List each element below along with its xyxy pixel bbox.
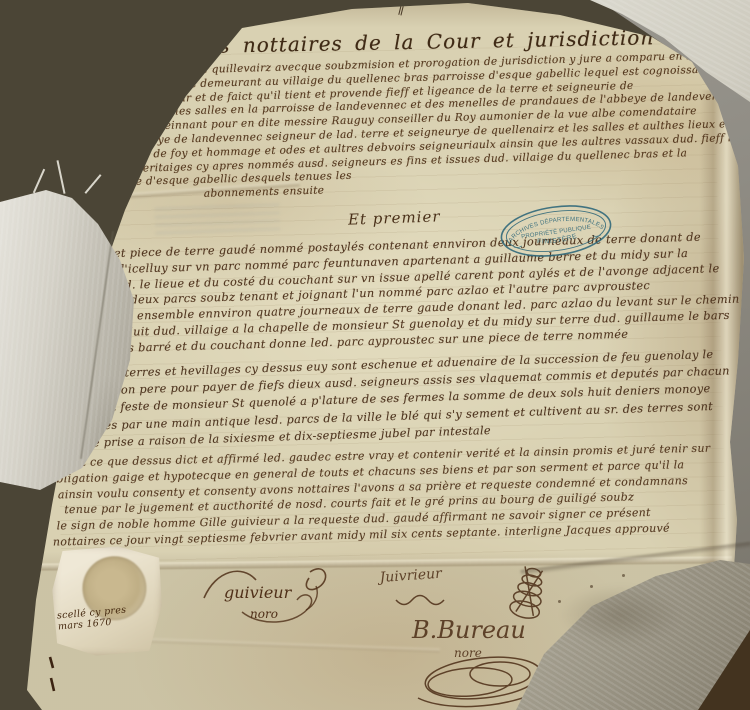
deed-paragraph-4: A out ce que dessus dict et affirmé led.… <box>55 441 712 551</box>
pen-mark-top: ∥ <box>396 2 405 18</box>
signature-right-name: B.Bureau <box>411 616 526 644</box>
ink-showthrough <box>155 204 281 238</box>
signature-right-prefix: Juivrieur <box>378 566 444 587</box>
seal-paper-patch: scellé cy pres mars 1670 <box>50 544 164 658</box>
loose-thread <box>56 160 65 194</box>
loose-thread <box>85 174 102 194</box>
seal-date-note: scellé cy pres mars 1670 <box>57 605 128 633</box>
signature-left: guivieur noro <box>198 546 360 641</box>
deed-paragraph-2: Vn parc et piece de terre gaudé nommé po… <box>63 229 741 358</box>
loose-thread <box>33 169 45 194</box>
bag-stain <box>560 580 680 650</box>
margin-ink-marks <box>44 654 60 698</box>
ink-speck <box>622 574 625 577</box>
stamp-flourish <box>593 235 601 237</box>
signature-left-name: guivieur <box>224 583 293 602</box>
deed-paragraph-1: de la ville et celle de quillevairz avec… <box>80 49 745 205</box>
section-heading-et-premier: Et premier <box>348 207 441 228</box>
photo-of-parchment-deed: ∥ Devant nous nottaires de la Cour et ju… <box>0 0 750 710</box>
stamp-flourish <box>514 246 522 248</box>
